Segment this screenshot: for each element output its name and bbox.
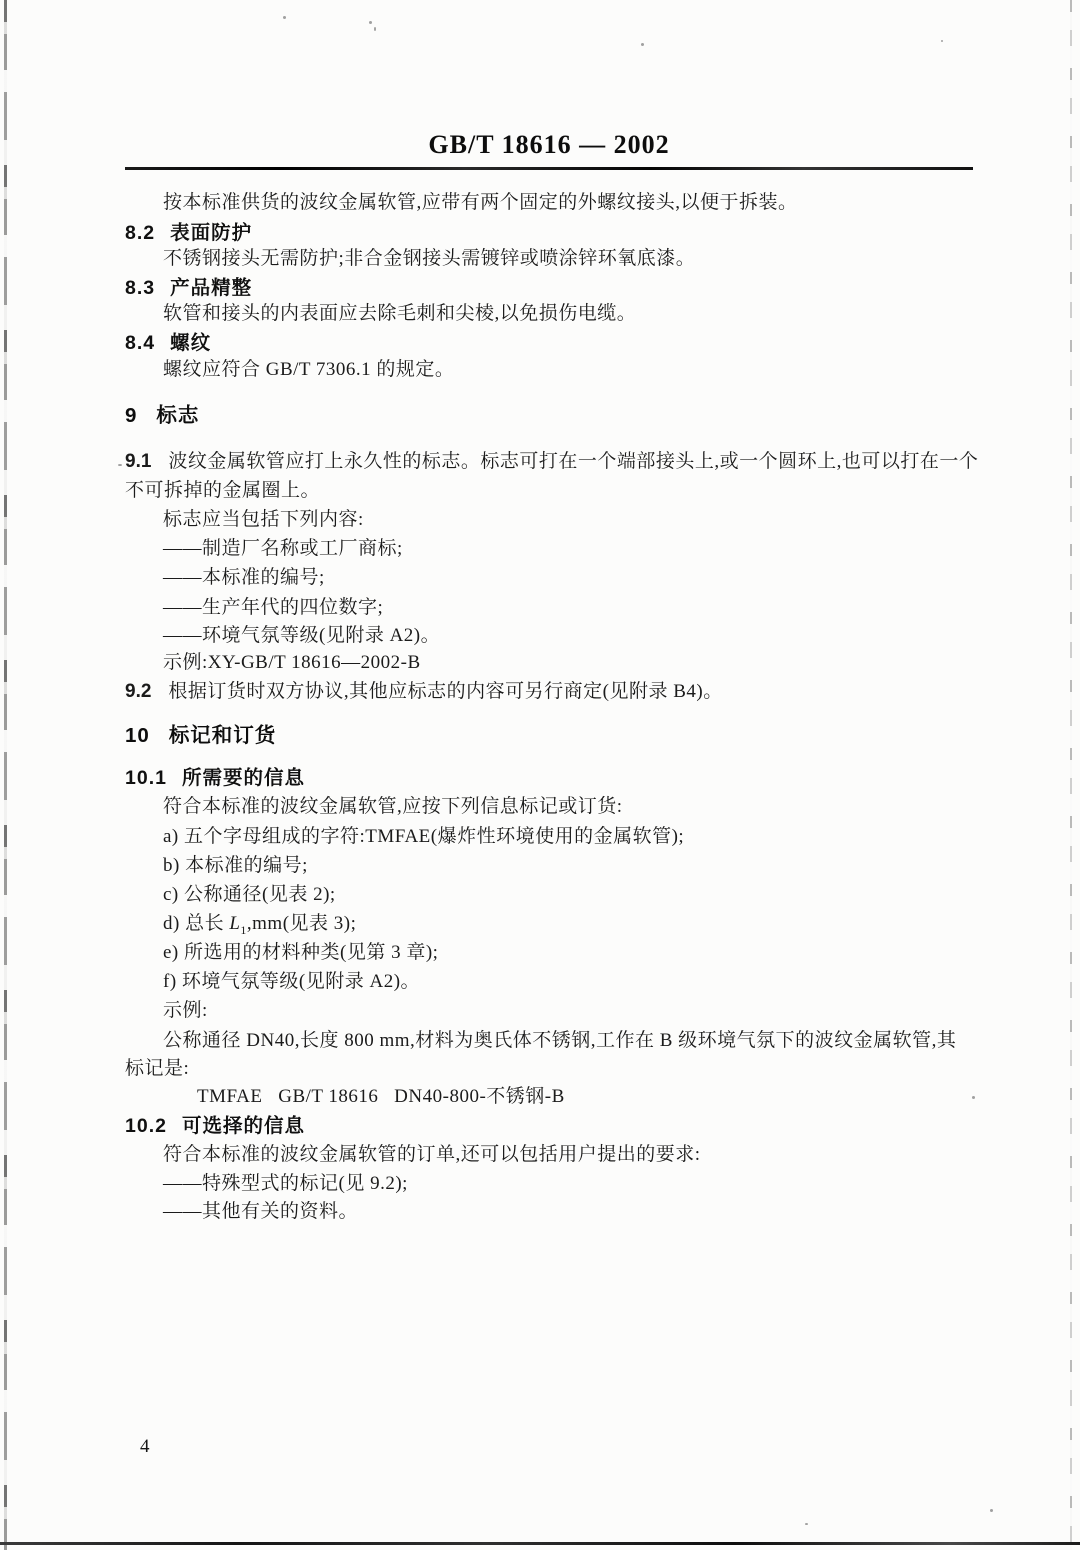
scan-noise-dot <box>990 1509 993 1512</box>
scan-noise-dot <box>805 1523 808 1525</box>
right-scan-edge-artifact <box>1070 0 1072 1550</box>
scan-noise-dot <box>118 464 122 466</box>
list-item-b: b) 本标准的编号; <box>163 854 308 878</box>
list-item-f: f) 环境气氛等级(见附录 A2)。 <box>163 970 420 994</box>
para-8-2-body: 不锈钢接头无需防护;非合金钢接头需镀锌或喷涂锌环氧底漆。 <box>163 247 695 271</box>
clause-number: 8.4 <box>125 331 155 355</box>
list-dash-year: ——生产年代的四位数字; <box>163 596 383 620</box>
item-text-post: ,mm(见表 3); <box>247 913 357 934</box>
list-item-e: e) 所选用的材料种类(见第 3 章); <box>163 941 438 965</box>
heading-8-4: 8.4螺纹 <box>125 331 211 355</box>
chapter-title: 标志 <box>156 404 199 428</box>
scan-noise-dot <box>374 27 376 31</box>
clause-text: 波纹金属软管应打上永久性的标志。标志可打在一个端部接头上,或一个圆环上,也可以打… <box>168 450 978 474</box>
para-9-1-cont: 不可拆掉的金属圈上。 <box>125 479 320 503</box>
clause-number: 10.2 <box>125 1114 167 1138</box>
left-scan-edge-artifact <box>4 0 7 1550</box>
para-10-1-intro: 符合本标准的波纹金属软管,应按下列信息标记或订货: <box>163 795 623 819</box>
list-dash-other-info: ——其他有关的资料。 <box>163 1200 358 1224</box>
chapter-title: 标记和订货 <box>169 724 277 748</box>
heading-10-1: 10.1所需要的信息 <box>125 766 305 790</box>
item-text-pre: d) 总长 <box>163 913 229 934</box>
para-example-label: 示例: <box>163 999 208 1023</box>
list-item-a: a) 五个字母组成的字符:TMFAE(爆炸性环境使用的金属软管); <box>163 825 684 849</box>
scan-noise-dot <box>641 43 644 46</box>
clause-title: 可选择的信息 <box>182 1114 305 1138</box>
para-8-4-body: 螺纹应符合 GB/T 7306.1 的规定。 <box>163 358 454 382</box>
clause-number: 9.2 <box>125 680 151 704</box>
heading-8-2: 8.2表面防护 <box>125 221 252 245</box>
list-item-d: d) 总长 L1,mm(见表 3); <box>163 912 356 942</box>
clause-text: 根据订货时双方协议,其他应标志的内容可另行商定(见附录 B4)。 <box>168 680 722 704</box>
list-dash-standard-number: ——本标准的编号; <box>163 566 325 590</box>
scan-noise-dot <box>283 16 286 19</box>
para-9-2: 9.2根据订货时双方协议,其他应标志的内容可另行商定(见附录 B4)。 <box>125 680 723 704</box>
para-supply-note: 按本标准供货的波纹金属软管,应带有两个固定的外螺纹接头,以便于拆装。 <box>163 191 798 215</box>
standard-number-header: GB/T 18616 — 2002 <box>125 130 973 160</box>
para-9-1: 9.1波纹金属软管应打上永久性的标志。标志可打在一个端部接头上,或一个圆环上,也… <box>125 450 978 474</box>
clause-number: 8.3 <box>125 276 155 300</box>
scan-noise-dot <box>941 40 943 42</box>
chapter-number: 10 <box>125 724 150 748</box>
para-8-3-body: 软管和接头的内表面应去除毛刺和尖棱,以免损伤电缆。 <box>163 302 636 326</box>
scan-noise-dot <box>972 1096 975 1099</box>
para-marking-contents: 标志应当包括下列内容: <box>163 508 364 532</box>
list-dash-atmosphere-grade: ——环境气氛等级(见附录 A2)。 <box>163 624 440 648</box>
clause-title: 产品精整 <box>170 276 252 300</box>
list-dash-manufacturer: ——制造厂名称或工厂商标; <box>163 537 403 561</box>
heading-8-3: 8.3产品精整 <box>125 276 252 300</box>
para-example-body-cont: 标记是: <box>125 1057 189 1081</box>
clause-number: 10.1 <box>125 766 167 790</box>
clause-number: 8.2 <box>125 221 155 245</box>
heading-10: 10标记和订货 <box>125 724 276 748</box>
bottom-edge-line <box>0 1542 1080 1545</box>
chapter-number: 9 <box>125 404 137 428</box>
list-item-c: c) 公称通径(见表 2); <box>163 883 336 907</box>
clause-number: 9.1 <box>125 450 151 474</box>
heading-9: 9标志 <box>125 404 199 428</box>
length-variable: L <box>229 913 240 934</box>
scan-noise-dot <box>369 21 372 24</box>
para-example-body: 公称通径 DN40,长度 800 mm,材料为奥氏体不锈钢,工作在 B 级环境气… <box>163 1029 956 1053</box>
clause-title: 表面防护 <box>170 221 252 245</box>
para-example-marking: 示例:XY-GB/T 18616—2002-B <box>163 651 421 675</box>
clause-title: 所需要的信息 <box>182 766 305 790</box>
clause-title: 螺纹 <box>170 331 211 355</box>
list-dash-special-marking: ——特殊型式的标记(见 9.2); <box>163 1172 408 1196</box>
heading-10-2: 10.2可选择的信息 <box>125 1114 305 1138</box>
para-10-2-intro: 符合本标准的波纹金属软管的订单,还可以包括用户提出的要求: <box>163 1143 701 1167</box>
page-number: 4 <box>140 1436 150 1458</box>
para-example-designation: TMFAE GB/T 18616 DN40-800-不锈钢-B <box>197 1085 565 1109</box>
scanned-standard-page: GB/T 18616 — 2002 按本标准供货的波纹金属软管,应带有两个固定的… <box>0 0 1080 1550</box>
header-rule <box>125 167 973 170</box>
